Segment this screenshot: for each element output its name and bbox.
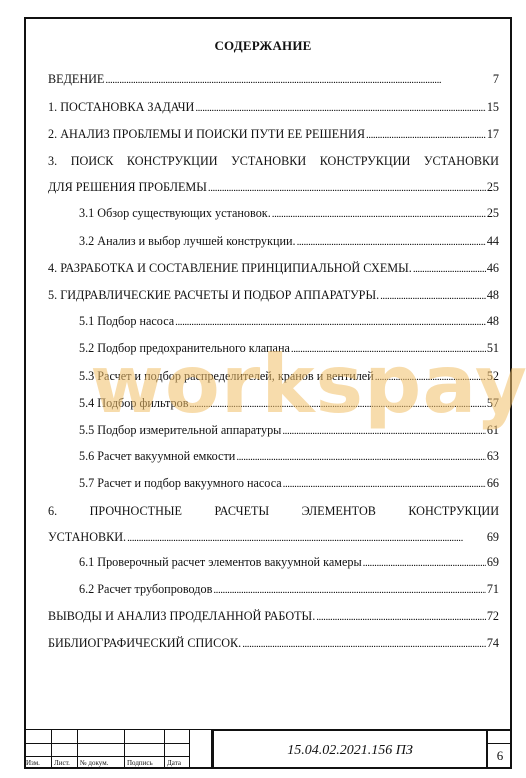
toc-entry[interactable]: 5.4 Подбор фильтров57: [79, 394, 499, 412]
toc-leader-dots: [208, 178, 486, 197]
toc-leader-dots: [297, 232, 486, 251]
toc-entry-page: 48: [487, 286, 499, 304]
toc-leader-dots: [175, 312, 486, 331]
toc-entry-line: 3.ПОИСККОНСТРУКЦИИУСТАНОВКИКОНСТРУКЦИИУС…: [48, 152, 499, 170]
toc-entry[interactable]: УСТАНОВКИ.69: [48, 528, 499, 546]
toc-entry[interactable]: 1. ПОСТАНОВКА ЗАДАЧИ15: [48, 98, 499, 116]
toc-entry-page: 51: [487, 339, 499, 357]
toc-entry-page: 52: [487, 367, 499, 385]
stamp-cell: [78, 729, 125, 743]
toc-entry-title: ВЫВОДЫ И АНАЛИЗ ПРОДЕЛАННОЙ РАБОТЫ.: [48, 607, 315, 625]
toc-leader-dots: [189, 394, 485, 413]
stamp-label-date: Дата: [167, 759, 181, 767]
toc-entry-title: 5.7 Расчет и подбор вакуумного насоса: [79, 474, 282, 492]
toc-entry-page: 46: [487, 259, 499, 277]
toc-entry-title: 5. ГИДРАВЛИЧЕСКИЕ РАСЧЕТЫ И ПОДБОР АППАР…: [48, 286, 379, 304]
stamp-cell: [24, 743, 52, 756]
toc-entry[interactable]: 5.5 Подбор измерительной аппаратуры61: [79, 421, 499, 439]
toc-leader-dots: [236, 447, 486, 466]
toc-entry[interactable]: ДЛЯ РЕШЕНИЯ ПРОБЛЕМЫ25: [48, 178, 499, 196]
page-title: СОДЕРЖАНИЕ: [0, 38, 526, 54]
toc-entry[interactable]: ВЫВОДЫ И АНАЛИЗ ПРОДЕЛАННОЙ РАБОТЫ.72: [48, 607, 499, 625]
toc-leader-dots: [366, 125, 486, 144]
toc-entry-page: 63: [487, 447, 499, 465]
toc-entry-title: 5.4 Подбор фильтров: [79, 394, 188, 412]
toc-entry-title: 5.3 Расчет и подбор распределителей, кра…: [79, 367, 374, 385]
stamp-cell: [78, 743, 125, 756]
toc-entry[interactable]: ВЕДЕНИЕ7: [48, 70, 499, 88]
toc-entry[interactable]: 6.2 Расчет трубопроводов71: [79, 580, 499, 598]
toc-entry[interactable]: 5.6 Расчет вакуумной емкости63: [79, 447, 499, 465]
toc-entry[interactable]: 3.2 Анализ и выбор лучшей конструкции.44: [79, 232, 499, 250]
toc-entry[interactable]: БИБЛИОГРАФИЧЕСКИЙ СПИСОК.74: [48, 634, 499, 652]
toc-entry[interactable]: 2. АНАЛИЗ ПРОБЛЕМЫ И ПОИСКИ ПУТИ ЕЕ РЕШЕ…: [48, 125, 499, 143]
stamp-cell: [165, 743, 190, 756]
toc-leader-dots: [375, 367, 486, 386]
stamp-cell: [165, 729, 190, 743]
toc-entry-page: 66: [487, 474, 499, 492]
toc-entry-title: 5.1 Подбор насоса: [79, 312, 174, 330]
toc-entry-title: 3.2 Анализ и выбор лучшей конструкции.: [79, 232, 296, 250]
toc-entry-title: 5.2 Подбор предохранительного клапана: [79, 339, 290, 357]
toc-entry[interactable]: 5.3 Расчет и подбор распределителей, кра…: [79, 367, 499, 385]
toc-entry-page: 69: [487, 553, 499, 571]
toc-entry-page: 25: [487, 178, 499, 196]
stamp-label-list: Лист.: [54, 759, 70, 767]
sheet-number-box: 6: [486, 729, 512, 769]
toc-entry[interactable]: 5.7 Расчет и подбор вакуумного насоса66: [79, 474, 499, 492]
stamp-label-signature: Подпись: [127, 759, 153, 767]
toc-entry-title: 5.5 Подбор измерительной аппаратуры: [79, 421, 281, 439]
stamp-cell: [52, 743, 78, 756]
toc-entry-page: 25: [487, 204, 499, 222]
toc-entry-title: ДЛЯ РЕШЕНИЯ ПРОБЛЕМЫ: [48, 178, 207, 196]
toc-leader-dots: [127, 528, 486, 547]
toc-entry[interactable]: 5. ГИДРАВЛИЧЕСКИЕ РАСЧЕТЫ И ПОДБОР АППАР…: [48, 286, 499, 304]
stamp-cell: [24, 729, 52, 743]
title-block-stamp: Изм. Лист. № докум. Подпись Дата 15.04.0…: [24, 729, 512, 769]
stamp-label-izm: Изм.: [26, 759, 40, 767]
toc-entry-page: 74: [487, 634, 499, 652]
toc-entry-title: 5.6 Расчет вакуумной емкости: [79, 447, 235, 465]
toc-entry[interactable]: 6.1 Проверочный расчет элементов вакуумн…: [79, 553, 499, 571]
toc-entry-page: 44: [487, 232, 499, 250]
toc-leader-dots: [272, 204, 486, 223]
toc-leader-dots: [413, 259, 486, 278]
toc-entry[interactable]: 3.1 Обзор существующих установок.25: [79, 204, 499, 222]
toc-entry-title: 4. РАЗРАБОТКА И СОСТАВЛЕНИЕ ПРИНЦИПИАЛЬН…: [48, 259, 412, 277]
toc-entry[interactable]: 5.2 Подбор предохранительного клапана51: [79, 339, 499, 357]
toc-entry-page: 69: [487, 528, 499, 546]
toc-entry-title: 3.1 Обзор существующих установок.: [79, 204, 271, 222]
document-code: 15.04.02.2021.156 ПЗ: [212, 729, 486, 769]
toc-leader-dots: [242, 634, 486, 653]
toc-entry-title: 2. АНАЛИЗ ПРОБЛЕМЫ И ПОИСКИ ПУТИ ЕЕ РЕШЕ…: [48, 125, 365, 143]
stamp-cell: [190, 729, 212, 769]
toc-entry-title: УСТАНОВКИ.: [48, 528, 126, 546]
toc-leader-dots: [105, 70, 492, 89]
toc-leader-dots: [363, 553, 486, 572]
toc-entry-page: 15: [487, 98, 499, 116]
toc-entry-title: ВЕДЕНИЕ: [48, 70, 104, 88]
toc-entry-page: 61: [487, 421, 499, 439]
toc-leader-dots: [195, 98, 486, 117]
toc-entry-page: 57: [487, 394, 499, 412]
toc-entry-page: 7: [493, 70, 499, 88]
toc-entry[interactable]: 4. РАЗРАБОТКА И СОСТАВЛЕНИЕ ПРИНЦИПИАЛЬН…: [48, 259, 499, 277]
toc-entry-page: 72: [487, 607, 499, 625]
toc-leader-dots: [291, 339, 486, 358]
toc-entry-title: БИБЛИОГРАФИЧЕСКИЙ СПИСОК.: [48, 634, 241, 652]
toc-leader-dots: [213, 580, 485, 599]
toc-leader-dots: [282, 421, 485, 440]
toc-entry-title: 6.2 Расчет трубопроводов: [79, 580, 212, 598]
toc-leader-dots: [316, 607, 486, 626]
sheet-number: 6: [488, 743, 512, 769]
toc-entry[interactable]: 5.1 Подбор насоса48: [79, 312, 499, 330]
stamp-cell: [52, 729, 78, 743]
stamp-cell: [125, 729, 165, 743]
toc-entry-title: 1. ПОСТАНОВКА ЗАДАЧИ: [48, 98, 194, 116]
toc-entry-page: 17: [487, 125, 499, 143]
toc-leader-dots: [283, 474, 486, 493]
toc-leader-dots: [380, 286, 486, 305]
toc-entry-title: 6.1 Проверочный расчет элементов вакуумн…: [79, 553, 362, 571]
toc-entry-line: 6.ПРОЧНОСТНЫЕРАСЧЕТЫЭЛЕМЕНТОВКОНСТРУКЦИИ: [48, 502, 499, 520]
toc-entry-page: 71: [487, 580, 499, 598]
toc-entry-page: 48: [487, 312, 499, 330]
stamp-label-doc-number: № докум.: [80, 759, 108, 767]
stamp-cell: [125, 743, 165, 756]
